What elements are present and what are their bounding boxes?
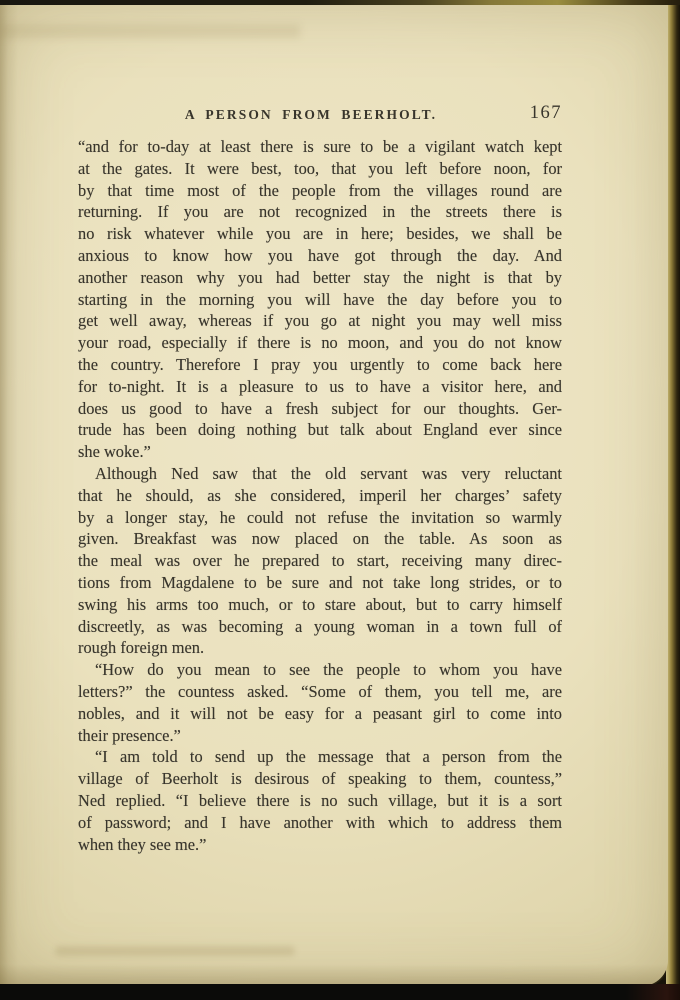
- text-line: the country. Therefore I pray you urgent…: [78, 354, 562, 376]
- text-line: their presence.”: [78, 725, 562, 747]
- scanner-bottom-band: [0, 984, 680, 1000]
- text-line: that he should, as she considered, imper…: [78, 485, 562, 507]
- text-line: anxious to know how you have got through…: [78, 245, 562, 267]
- text-line: trude has been doing nothing but talk ab…: [78, 419, 562, 441]
- text-line: “I am told to send up the message that a…: [78, 746, 562, 768]
- text-line: of password; and I have another with whi…: [78, 812, 562, 834]
- text-line: no risk whatever while you are in here; …: [78, 223, 562, 245]
- text-line: she woke.”: [78, 441, 562, 463]
- text-block: “and for to-day at least there is sure t…: [78, 136, 562, 855]
- text-line: by that time most of the people from the…: [78, 180, 562, 202]
- scan-artifact-bottom: [55, 946, 295, 956]
- text-line: given. Breakfast was now placed on the t…: [78, 528, 562, 550]
- text-line: get well away, whereas if you go at nigh…: [78, 310, 562, 332]
- running-header-title: A PERSON FROM BEERHOLT.: [69, 103, 553, 123]
- text-line: tions from Magdalene to be sure and not …: [78, 572, 562, 594]
- scan-artifact-top: [0, 24, 300, 38]
- text-line: your road, especially if there is no moo…: [78, 332, 562, 354]
- page-number: 167: [530, 103, 562, 124]
- text-line: “How do you mean to see the people to wh…: [78, 659, 562, 681]
- scanned-book-page: A PERSON FROM BEERHOLT. 167 “and for to-…: [0, 0, 680, 1000]
- running-header: A PERSON FROM BEERHOLT. 167: [78, 103, 562, 127]
- page-left-shading: [0, 4, 18, 986]
- text-line: Ned replied. “I believe there is no such…: [78, 790, 562, 812]
- book-page-edges-right: [666, 0, 680, 1000]
- book-cover-top-edge: [0, 0, 680, 5]
- text-line: “and for to-day at least there is sure t…: [78, 136, 562, 158]
- text-line: returning. If you are not recognized in …: [78, 201, 562, 223]
- text-line: rough foreign men.: [78, 637, 562, 659]
- text-line: does us good to have a fresh subject for…: [78, 398, 562, 420]
- text-line: letters?” the countess asked. “Some of t…: [78, 681, 562, 703]
- text-line: when they see me.”: [78, 834, 562, 856]
- page-bottom-shadow: [0, 964, 668, 986]
- text-line: nobles, and it will not be easy for a pe…: [78, 703, 562, 725]
- text-line: the meal was over he prepared to start, …: [78, 550, 562, 572]
- text-line: at the gates. It were best, too, that yo…: [78, 158, 562, 180]
- text-line: Although Ned saw that the old servant wa…: [78, 463, 562, 485]
- text-line: starting in the morning you will have th…: [78, 289, 562, 311]
- text-line: village of Beerholt is desirous of speak…: [78, 768, 562, 790]
- text-line: swing his arms too much, or to stare abo…: [78, 594, 562, 616]
- text-line: discreetly, as was becoming a young woma…: [78, 616, 562, 638]
- paper-page: A PERSON FROM BEERHOLT. 167 “and for to-…: [0, 4, 668, 986]
- text-line: another reason why you had better stay t…: [78, 267, 562, 289]
- text-line: by a longer stay, he could not refuse th…: [78, 507, 562, 529]
- text-line: for to-night. It is a pleasure to us to …: [78, 376, 562, 398]
